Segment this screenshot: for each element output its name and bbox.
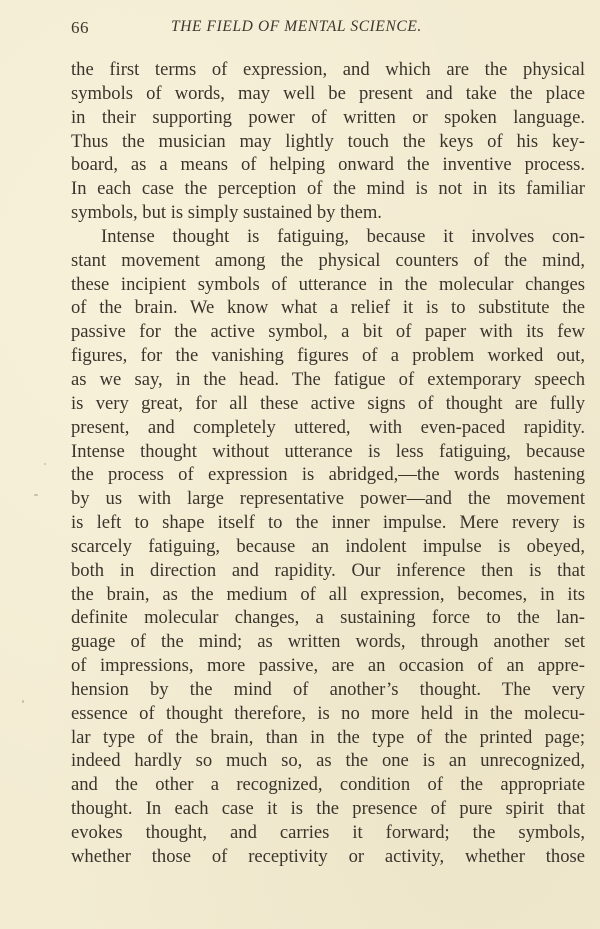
text-line: board, as a means of helping onward the … [71,153,585,177]
text-line: In each case the perception of the mind … [71,177,585,201]
text-line: is very great, for all these active sign… [71,392,585,416]
text-line: definite molecular changes, a sustaining… [71,606,585,630]
book-page: 66 THE FIELD OF MENTAL SCIENCE. the firs… [0,0,600,929]
text-line: Thus the musician may lightly touch the … [71,130,585,154]
text-line: whether those of receptivity or activity… [71,845,585,869]
text-line: as we say, in the head. The fatigue of e… [71,368,585,392]
text-line: figures, for the vanishing figures of a … [71,344,585,368]
text-line: present, and completely uttered, with ev… [71,416,585,440]
text-line: these incipient symbols of utterance in … [71,273,585,297]
page-number: 66 [71,18,89,38]
paper-speck [34,494,38,496]
running-head: 66 THE FIELD OF MENTAL SCIENCE. [71,18,585,42]
text-line: scarcely fatiguing, because an indolent … [71,535,585,559]
text-line: both in direction and rapidity. Our infe… [71,559,585,583]
text-line: hension by the mind of another’s thought… [71,678,585,702]
text-line: lar type of the brain, than in the type … [71,726,585,750]
paragraph-1: the first terms of expression, and which… [71,58,585,225]
text-line: in their supporting power of written or … [71,106,585,130]
text-line: Intense thought without utterance is les… [71,440,585,464]
text-line: of the brain. We know what a relief it i… [71,296,585,320]
text-line: the brain, as the medium of all expressi… [71,583,585,607]
text-line: guage of the mind; as written words, thr… [71,630,585,654]
text-line: thought. In each case it is the presence… [71,797,585,821]
text-line: passive for the active symbol, a bit of … [71,320,585,344]
text-line: stant movement among the physical counte… [71,249,585,273]
text-line: the process of expression is abridged,—t… [71,463,585,487]
text-line: by us with large representative power—an… [71,487,585,511]
text-line: and the other a recognized, condition of… [71,773,585,797]
text-line: Intense thought is fatiguing, because it… [71,225,585,249]
text-line: is left to shape itself to the inner imp… [71,511,585,535]
text-line: essence of thought therefore, is no more… [71,702,585,726]
paragraph-2: Intense thought is fatiguing, because it… [71,225,585,869]
text-line: symbols, but is simply sustained by them… [71,201,585,225]
running-title: THE FIELD OF MENTAL SCIENCE. [171,18,422,36]
paper-speck [22,700,24,703]
text-line: symbols of words, may well be present an… [71,82,585,106]
text-line: evokes thought, and carries it forward; … [71,821,585,845]
body-text: the first terms of expression, and which… [71,58,585,869]
text-line: indeed hardly so much so, as the one is … [71,749,585,773]
text-line: of impressions, more passive, are an occ… [71,654,585,678]
text-line: the first terms of expression, and which… [71,58,585,82]
paper-speck [44,463,46,465]
